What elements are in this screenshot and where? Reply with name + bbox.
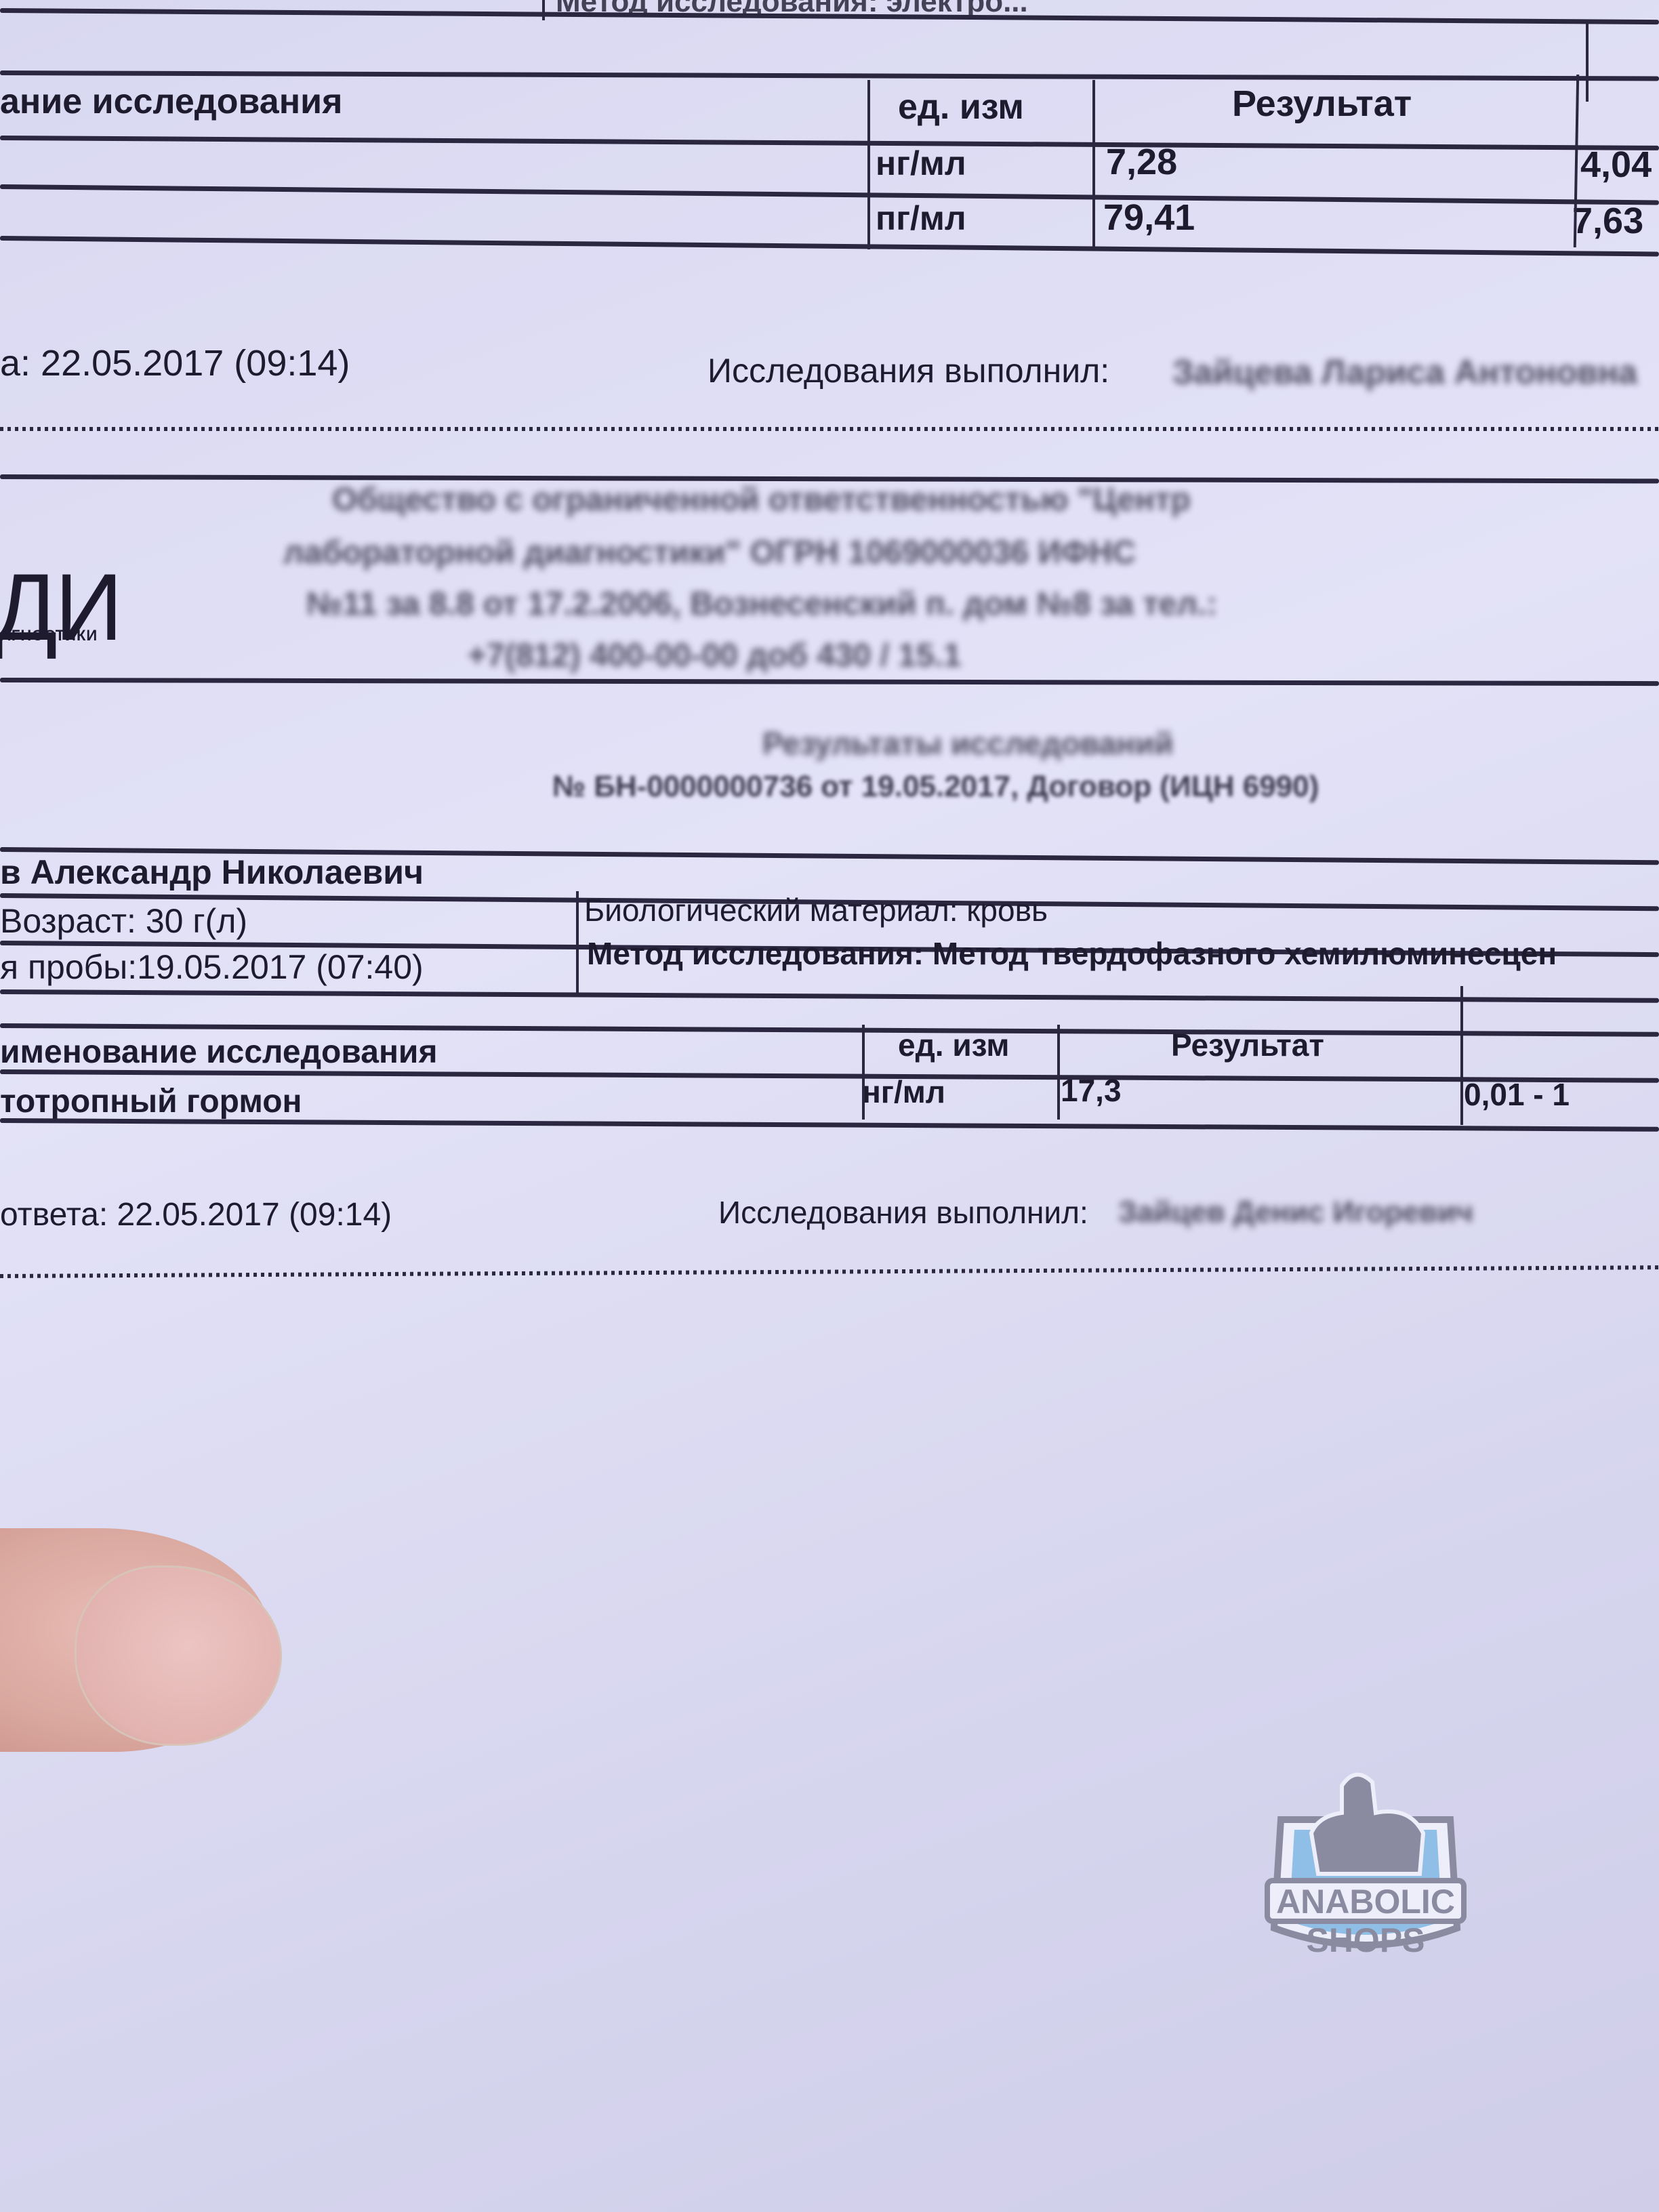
divider	[0, 236, 1659, 256]
performed-by-label: Исследования выполнил:	[718, 1194, 1088, 1231]
patient-name: в Александр Николаевич	[0, 853, 424, 892]
divider	[0, 989, 1659, 1003]
performed-by-name: Зайцев Денис Игоревич	[1118, 1195, 1473, 1229]
column-header-name: именование исследования	[0, 1033, 437, 1071]
result-cell: 79,41	[1103, 197, 1195, 239]
separator-dotted	[0, 427, 1659, 431]
test-name-cell: тотропный гормон	[0, 1083, 302, 1120]
divider	[0, 1118, 1659, 1132]
results-title: Результаты исследований	[762, 725, 1174, 762]
lab-report-photo: Метод исследования: электро... ание иссл…	[0, 0, 1659, 2212]
result-cell: 17,3	[1061, 1072, 1122, 1109]
biomaterial: Биологический материал: кровь	[584, 892, 1048, 928]
logo-subtitle: АГНОСТИКИ	[0, 627, 98, 644]
research-method: Метод исследования: Метод твердофазного …	[587, 935, 1557, 972]
reference-cell: 0,01 - 1	[1464, 1076, 1570, 1113]
column-header-name: ание исследования	[0, 81, 342, 122]
reference-cell: 4,04	[1580, 144, 1652, 186]
divider	[0, 184, 1659, 205]
divider	[0, 678, 1659, 686]
org-line: Общество с ограниченной ответственностью…	[332, 481, 1191, 518]
column-header-result: Результат	[1232, 83, 1412, 125]
watermark-logo: ANABOLIC SHOPS	[1254, 1759, 1477, 1962]
divider	[542, 0, 545, 20]
performed-by-name: Зайцева Лариса Антоновна	[1172, 352, 1637, 392]
performed-by-label: Исследования выполнил:	[708, 351, 1109, 390]
unit-cell: нг/мл	[862, 1073, 945, 1110]
unit-cell: нг/мл	[876, 144, 966, 183]
divider	[0, 1069, 1659, 1083]
sample-date: я пробы:19.05.2017 (07:40)	[0, 947, 424, 987]
org-line: +7(812) 400-00-00 доб 430 / 15.1	[468, 637, 962, 674]
result-cell: 7,28	[1106, 141, 1177, 183]
reference-cell: 7,63	[1572, 200, 1643, 242]
unit-cell: пг/мл	[876, 199, 966, 238]
response-date: ответа: 22.05.2017 (09:14)	[0, 1196, 392, 1233]
divider	[576, 891, 579, 993]
results-number: № БН-0000000736 от 19.05.2017, Договор (…	[552, 770, 1319, 804]
divider	[1092, 80, 1095, 249]
separator-dotted	[0, 1265, 1659, 1278]
divider	[0, 70, 1659, 81]
bodybuilder-shield-icon: ANABOLIC SHOPS	[1254, 1759, 1477, 1962]
divider	[1460, 986, 1463, 1125]
svg-text:SHOPS: SHOPS	[1306, 1921, 1425, 1959]
response-date: а: 22.05.2017 (09:14)	[0, 342, 350, 384]
divider	[0, 136, 1659, 150]
svg-text:ANABOLIC: ANABOLIC	[1276, 1883, 1455, 1921]
patient-age: Возраст: 30 г(л)	[0, 901, 247, 941]
org-line: лабораторной диагностики" ОГРН 106900003…	[283, 534, 1136, 571]
logo-text: ДИ	[0, 552, 120, 662]
column-header-result: Результат	[1171, 1027, 1324, 1063]
divider	[1586, 20, 1589, 102]
divider	[867, 80, 870, 249]
column-header-unit: ед. изм	[898, 1027, 1009, 1063]
divider	[1057, 1025, 1060, 1120]
column-header-unit: ед. изм	[898, 87, 1024, 127]
divider	[862, 1025, 865, 1120]
org-line: №11 за 8.8 от 17.2.2006, Вознесенский п.…	[306, 586, 1217, 623]
